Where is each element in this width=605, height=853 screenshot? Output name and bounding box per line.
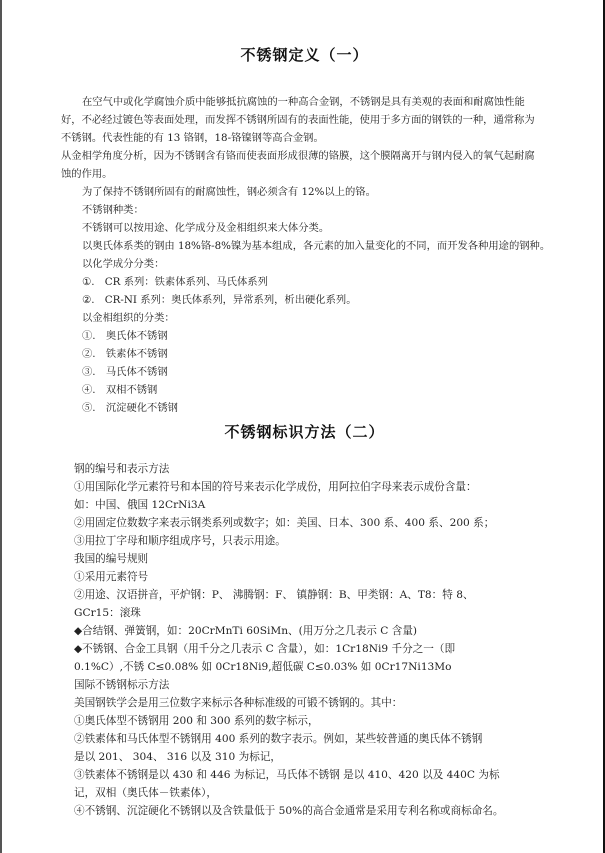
bullet-line: ◆合结钢、弹簧钢，如：20CrMnTi 60SiMn、(用万分之几表示 C 含量… [74, 624, 417, 638]
list-item: ④. 双相不锈钢 [82, 383, 157, 397]
paragraph-line: ④不锈钢、沉淀硬化不锈钢以及含铁量低于 50%的高合金通常是采用专利名称或商标命… [74, 804, 503, 818]
section-title: 不锈钢标识方法（二） [2, 421, 605, 442]
paragraph-line: 是以 201、 304、 316 以及 310 为标记， [74, 750, 281, 764]
document-page: 不锈钢定义（一） 在空气中或化学腐蚀介质中能够抵抗腐蚀的一种高合金钢，不锈钢是具… [0, 0, 605, 853]
paragraph-line: 以奥氏体系类的钢由 18%铬-8%镍为基本组成，各元素的加入量变化的不同，而开发… [82, 239, 550, 253]
paragraph-line: 记，双相（奥氏体－铁素体）， [74, 786, 217, 800]
paragraph-line: 在空气中或化学腐蚀介质中能够抵抗腐蚀的一种高合金钢，不锈钢是具有美观的表面和耐腐… [82, 95, 525, 109]
list-item: ②. 铁素体不锈钢 [82, 347, 168, 361]
paragraph-line: ③用拉丁字母和顺序组成序号，只表示用途。 [74, 534, 286, 548]
paragraph-line: 0.1%C）,不锈 C≤0.08% 如 0Cr18Ni9,超低碳 C≤0.03%… [74, 660, 452, 674]
paragraph-line: 不锈钢。代表性能的有 13 铬钢，18-铬镍钢等高合金钢。 [61, 131, 324, 145]
paragraph-line: 如：中国、俄国 12CrNi3A [74, 498, 205, 512]
paragraph-line: 钢的编号和表示方法 [74, 462, 169, 476]
paragraph-line: 蚀的作用。 [61, 167, 112, 181]
paragraph-line: 为了保持不锈钢所固有的耐腐蚀性，钢必须含有 12%以上的铬。 [82, 185, 376, 199]
paragraph-line: 好，不必经过镀色等表面处理，而发挥不锈钢所固有的表面性能，使用于多方面的钢铁的一… [61, 113, 535, 127]
paragraph-line: 不锈钢可以按用途、化学成分及金相组织来大体分类。 [82, 221, 329, 235]
paragraph-line: ②用固定位数数字来表示钢类系列或数字；如：美国、日本、300 系、400 系、2… [74, 516, 494, 530]
paragraph-line: 美国钢铁学会是用三位数字来标示各种标准级的可锻不锈钢的。其中： [74, 696, 402, 710]
section-title: 不锈钢定义（一） [2, 44, 605, 65]
paragraph-line: ①奥氏体型不锈钢用 200 和 300 系列的数字标示， [74, 714, 319, 728]
paragraph-line: 不锈钢种类： [82, 203, 144, 217]
list-item: ①. CR 系列：铁素体系列、马氏体系列 [82, 275, 268, 289]
paragraph-line: 从金相学角度分析，因为不锈钢含有铬而使表面形成很薄的铬膜，这个膜隔离开与钢内侵入… [61, 149, 535, 163]
list-item: ③. 马氏体不锈钢 [82, 365, 168, 379]
paragraph-line: ①用国际化学元素符号和本国的符号来表示化学成份，用阿拉伯字母来表示成份含量： [74, 480, 477, 494]
list-item: ②. CR-NI 系列：奥氏体系列，异常系列，析出硬化系列。 [82, 293, 357, 307]
list-heading: 以金相组织的分类： [82, 311, 175, 325]
paragraph-line: 国际不锈钢标示方法 [74, 678, 169, 692]
bullet-line: ◆不锈钢、合金工具钢（用千分之几表示 C 含量），如：1Cr18Ni9 千分之一… [74, 642, 455, 656]
paragraph-line: ②铁素体和马氏体型不锈钢用 400 系列的数字表示。例如，某些较普通的奥氏体不锈… [74, 732, 482, 746]
paragraph-line: 我国的编号规则 [74, 552, 148, 566]
list-item: ①. 奥氏体不锈钢 [82, 329, 168, 343]
paragraph-line: GCr15：滚珠 [74, 606, 141, 620]
paragraph-line: ①采用元素符号 [74, 570, 148, 584]
list-item: ⑤. 沉淀硬化不锈钢 [82, 401, 178, 415]
list-heading: 以化学成分分类： [82, 257, 164, 271]
paragraph-line: ③铁素体不锈钢是以 430 和 446 为标记，马氏体不锈钢 是以 410、42… [74, 768, 500, 782]
paragraph-line: ②用途、汉语拼音，平炉钢：P、 沸腾钢：F、 镇静钢：B、甲类钢：A、T8：特 … [74, 588, 474, 602]
